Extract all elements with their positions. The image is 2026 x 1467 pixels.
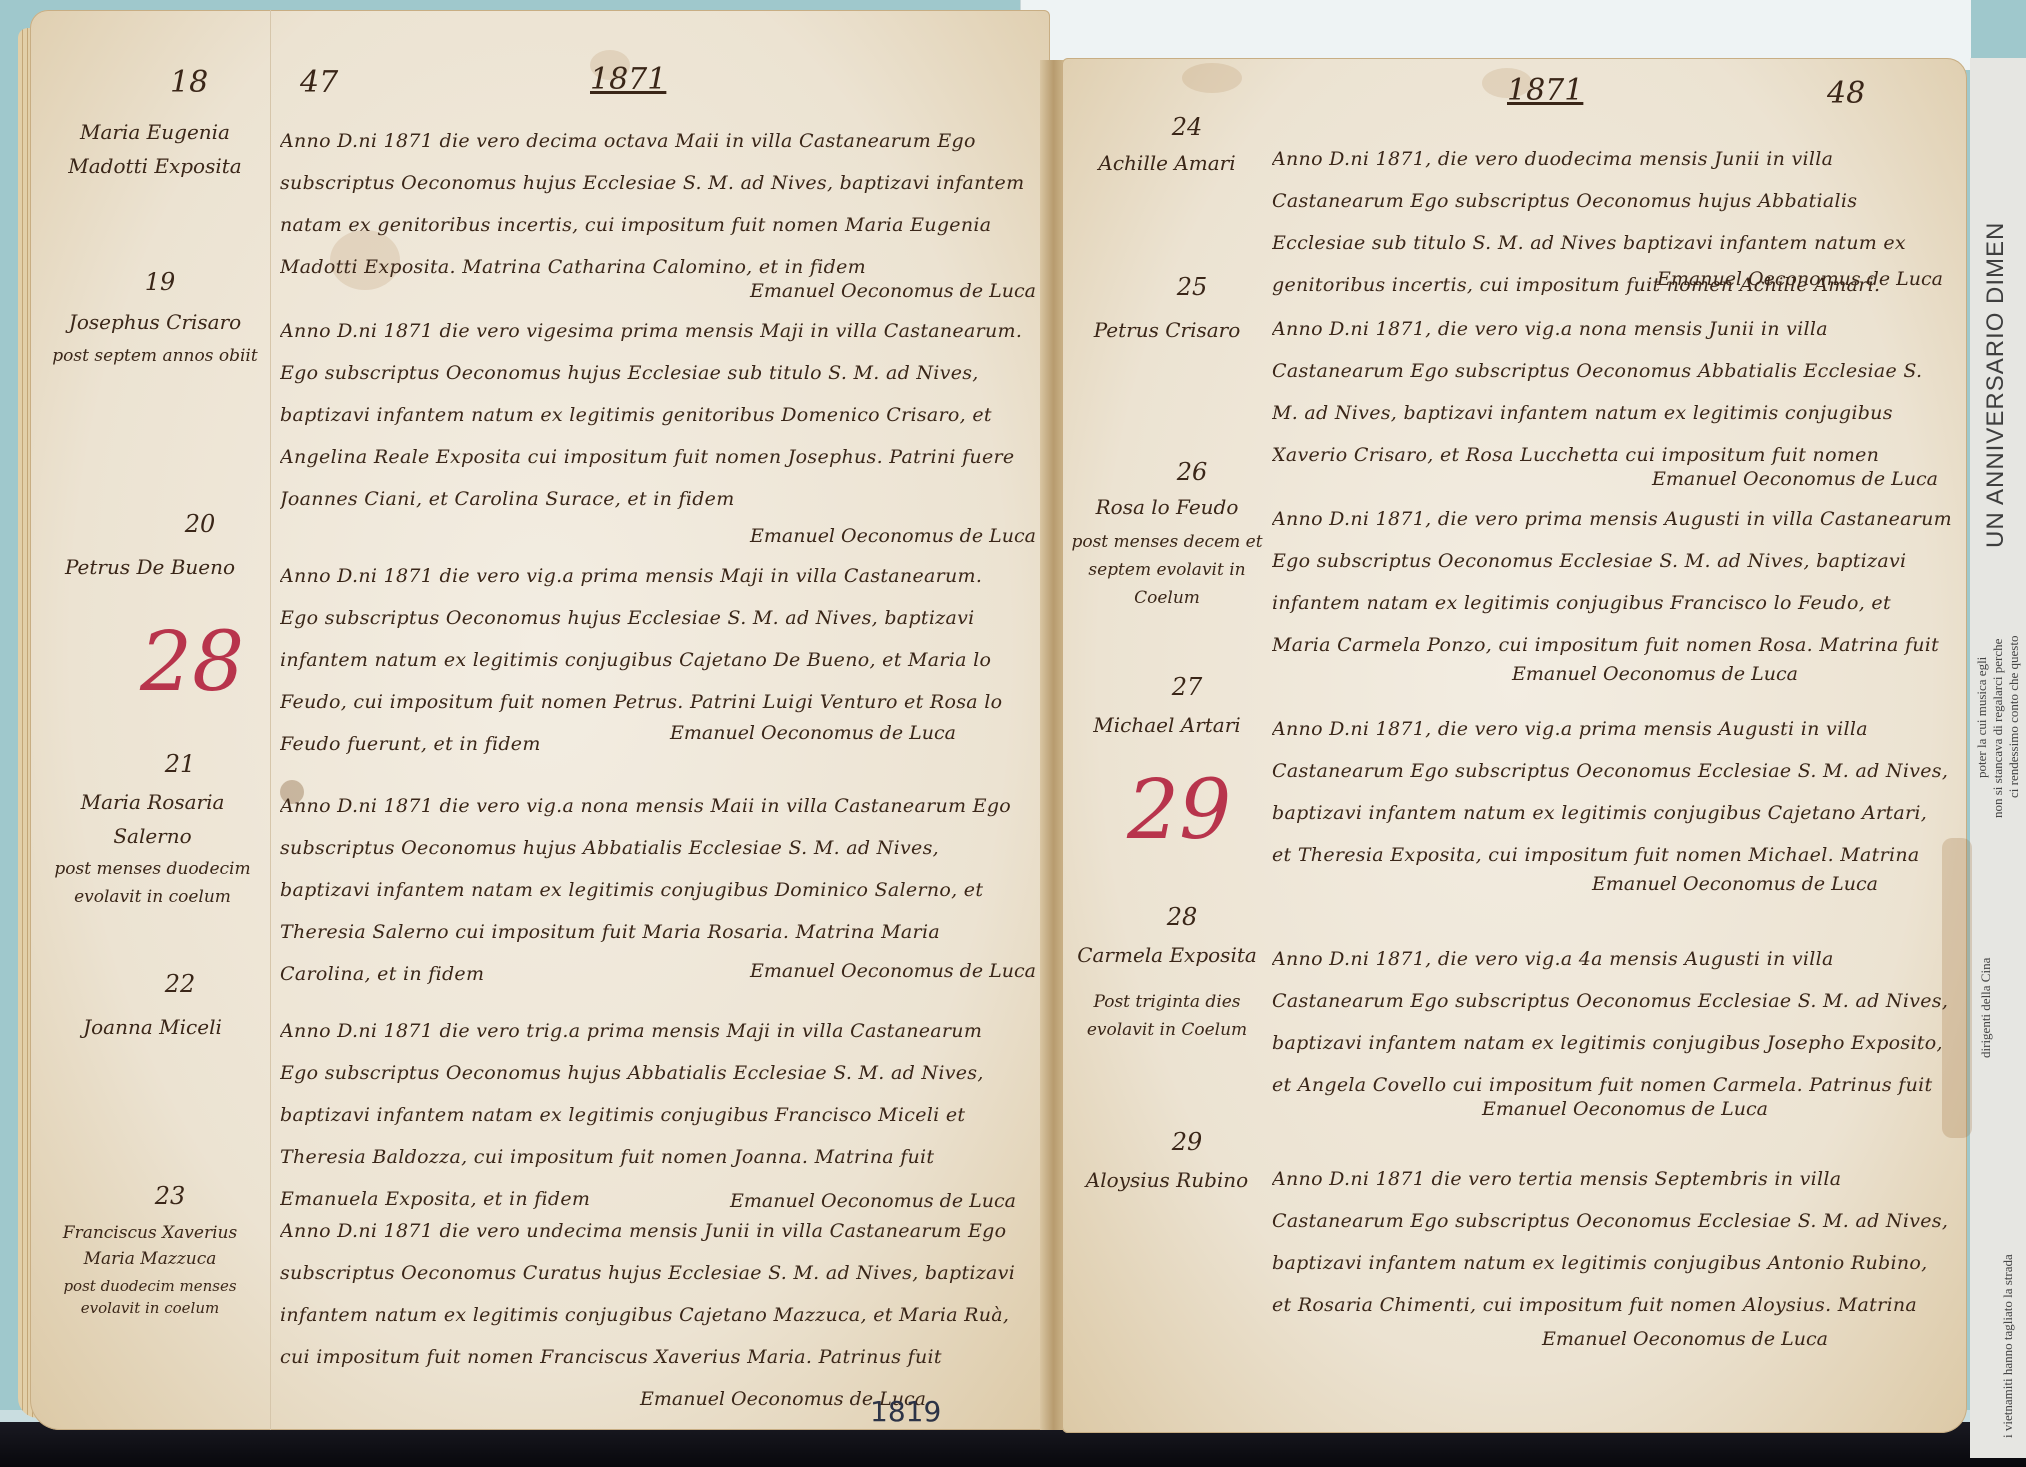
year-header: 1871 xyxy=(1507,73,1583,108)
entry-text: Anno D.ni 1871, die vero vig.a nona mens… xyxy=(1272,308,1952,478)
margin-name: Carmela Exposita xyxy=(1067,938,1267,972)
left-page: 18 47 1871 Maria Eugenia Madotti Exposit… xyxy=(30,10,1050,1430)
margin-rule xyxy=(270,10,271,1430)
margin-name: Rosa lo Feudo xyxy=(1067,490,1267,524)
priest-signature: Emanuel Oeconomus de Luca xyxy=(1512,663,1798,685)
margin-note: post duodecim menses evolavit in coelum xyxy=(40,1275,260,1319)
year-header: 1871 xyxy=(590,62,666,97)
margin-note: Post triginta dies evolavit in Coelum xyxy=(1067,988,1267,1044)
page-number: 48 xyxy=(1827,76,1865,111)
margin-name: Franciscus Xaverius Maria Mazzuca xyxy=(40,1220,260,1272)
entry-text: Anno D.ni 1871 die vero vigesima prima m… xyxy=(280,310,1025,520)
newspaper-clipping: UN ANNIVERSARIO DIMEN poter la cui music… xyxy=(1970,58,2026,1458)
margin-name: Josephus Crisaro xyxy=(50,305,260,339)
margin-note: post menses duodecim evolavit in coelum xyxy=(45,855,260,911)
entry-text: Anno D.ni 1871 die vero undecima mensis … xyxy=(280,1210,1025,1385)
priest-signature: Emanuel Oeconomus de Luca xyxy=(1592,873,1878,895)
newspaper-text-line: non si stancava di regalarci perche xyxy=(1990,639,2006,818)
priest-signature: Emanuel Oeconomus de Luca xyxy=(1542,1328,1828,1350)
entry-number: 26 xyxy=(1152,458,1232,486)
entry-text: Anno D.ni 1871 die vero tertia mensis Se… xyxy=(1272,1158,1952,1328)
newspaper-text-line: ci rendessimo conto che questo xyxy=(2006,636,2022,798)
entry-text: Anno D.ni 1871, die vero vig.a prima men… xyxy=(1272,708,1952,878)
entry-number: 22 xyxy=(140,970,220,998)
entry-number: 28 xyxy=(1142,903,1222,931)
priest-signature: Emanuel Oeconomus de Luca xyxy=(750,960,1036,982)
newspaper-headline: UN ANNIVERSARIO DIMEN xyxy=(1982,222,2010,548)
entry-number: 21 xyxy=(140,750,220,778)
entry-number: 24 xyxy=(1147,113,1227,141)
entry-number: 20 xyxy=(160,510,240,538)
right-page: 1871 48 24 Achille Amari Anno D.ni 1871,… xyxy=(1062,58,1967,1433)
priest-signature: Emanuel Oeconomus de Luca xyxy=(1652,468,1938,490)
archive-stamp: 1819 xyxy=(870,1395,941,1428)
priest-signature: Emanuel Oeconomus de Luca xyxy=(750,525,1036,547)
entry-number: 23 xyxy=(130,1182,210,1210)
priest-signature: Emanuel Oeconomus de Luca xyxy=(750,280,1036,302)
entry-text: Anno D.ni 1871, die vero vig.a 4a mensis… xyxy=(1272,938,1952,1108)
margin-name: Maria Rosaria Salerno xyxy=(45,785,260,853)
red-annotation: 29 xyxy=(1127,763,1231,858)
margin-name: Maria Eugenia Madotti Exposita xyxy=(50,115,260,183)
entry-number: 25 xyxy=(1152,273,1232,301)
page-number: 47 xyxy=(300,65,338,100)
margin-note: post menses decem et septem evolavit in … xyxy=(1067,528,1267,612)
entry-text: Anno D.ni 1871 die vero decima octava Ma… xyxy=(280,120,1025,290)
priest-signature: Emanuel Oeconomus de Luca xyxy=(670,722,956,744)
margin-name: Aloysius Rubino xyxy=(1082,1163,1252,1197)
priest-signature: Emanuel Oeconomus de Luca xyxy=(1482,1098,1768,1120)
priest-signature: Emanuel Oeconomus de Luca xyxy=(730,1190,1016,1212)
entry-number: 19 xyxy=(120,268,200,296)
entry-text: Anno D.ni 1871 die vero trig.a prima men… xyxy=(280,1010,1025,1210)
entry-number: 27 xyxy=(1147,673,1227,701)
margin-name: Petrus Crisaro xyxy=(1067,313,1267,347)
priest-signature: Emanuel Oeconomus de Luca xyxy=(1657,268,1943,290)
margin-name: Achille Amari xyxy=(1067,146,1267,180)
entry-text: Anno D.ni 1871, die vero prima mensis Au… xyxy=(1272,498,1952,668)
newspaper-text-line: dirigenti della Cina xyxy=(1978,958,1994,1058)
margin-name: Joanna Miceli xyxy=(45,1010,260,1044)
margin-name: Michael Artari xyxy=(1067,708,1267,742)
red-annotation: 28 xyxy=(140,615,244,710)
entry-number: 29 xyxy=(1147,1128,1227,1156)
margin-note: post septem annos obiit xyxy=(50,342,260,370)
newspaper-text-line: poter la cui musica egli xyxy=(1974,657,1990,778)
margin-name: Petrus De Bueno xyxy=(40,550,260,584)
entry-number-header: 18 xyxy=(170,65,208,100)
newspaper-text-line: i vietnamiti hanno tagliato la strada xyxy=(2000,1254,2016,1438)
